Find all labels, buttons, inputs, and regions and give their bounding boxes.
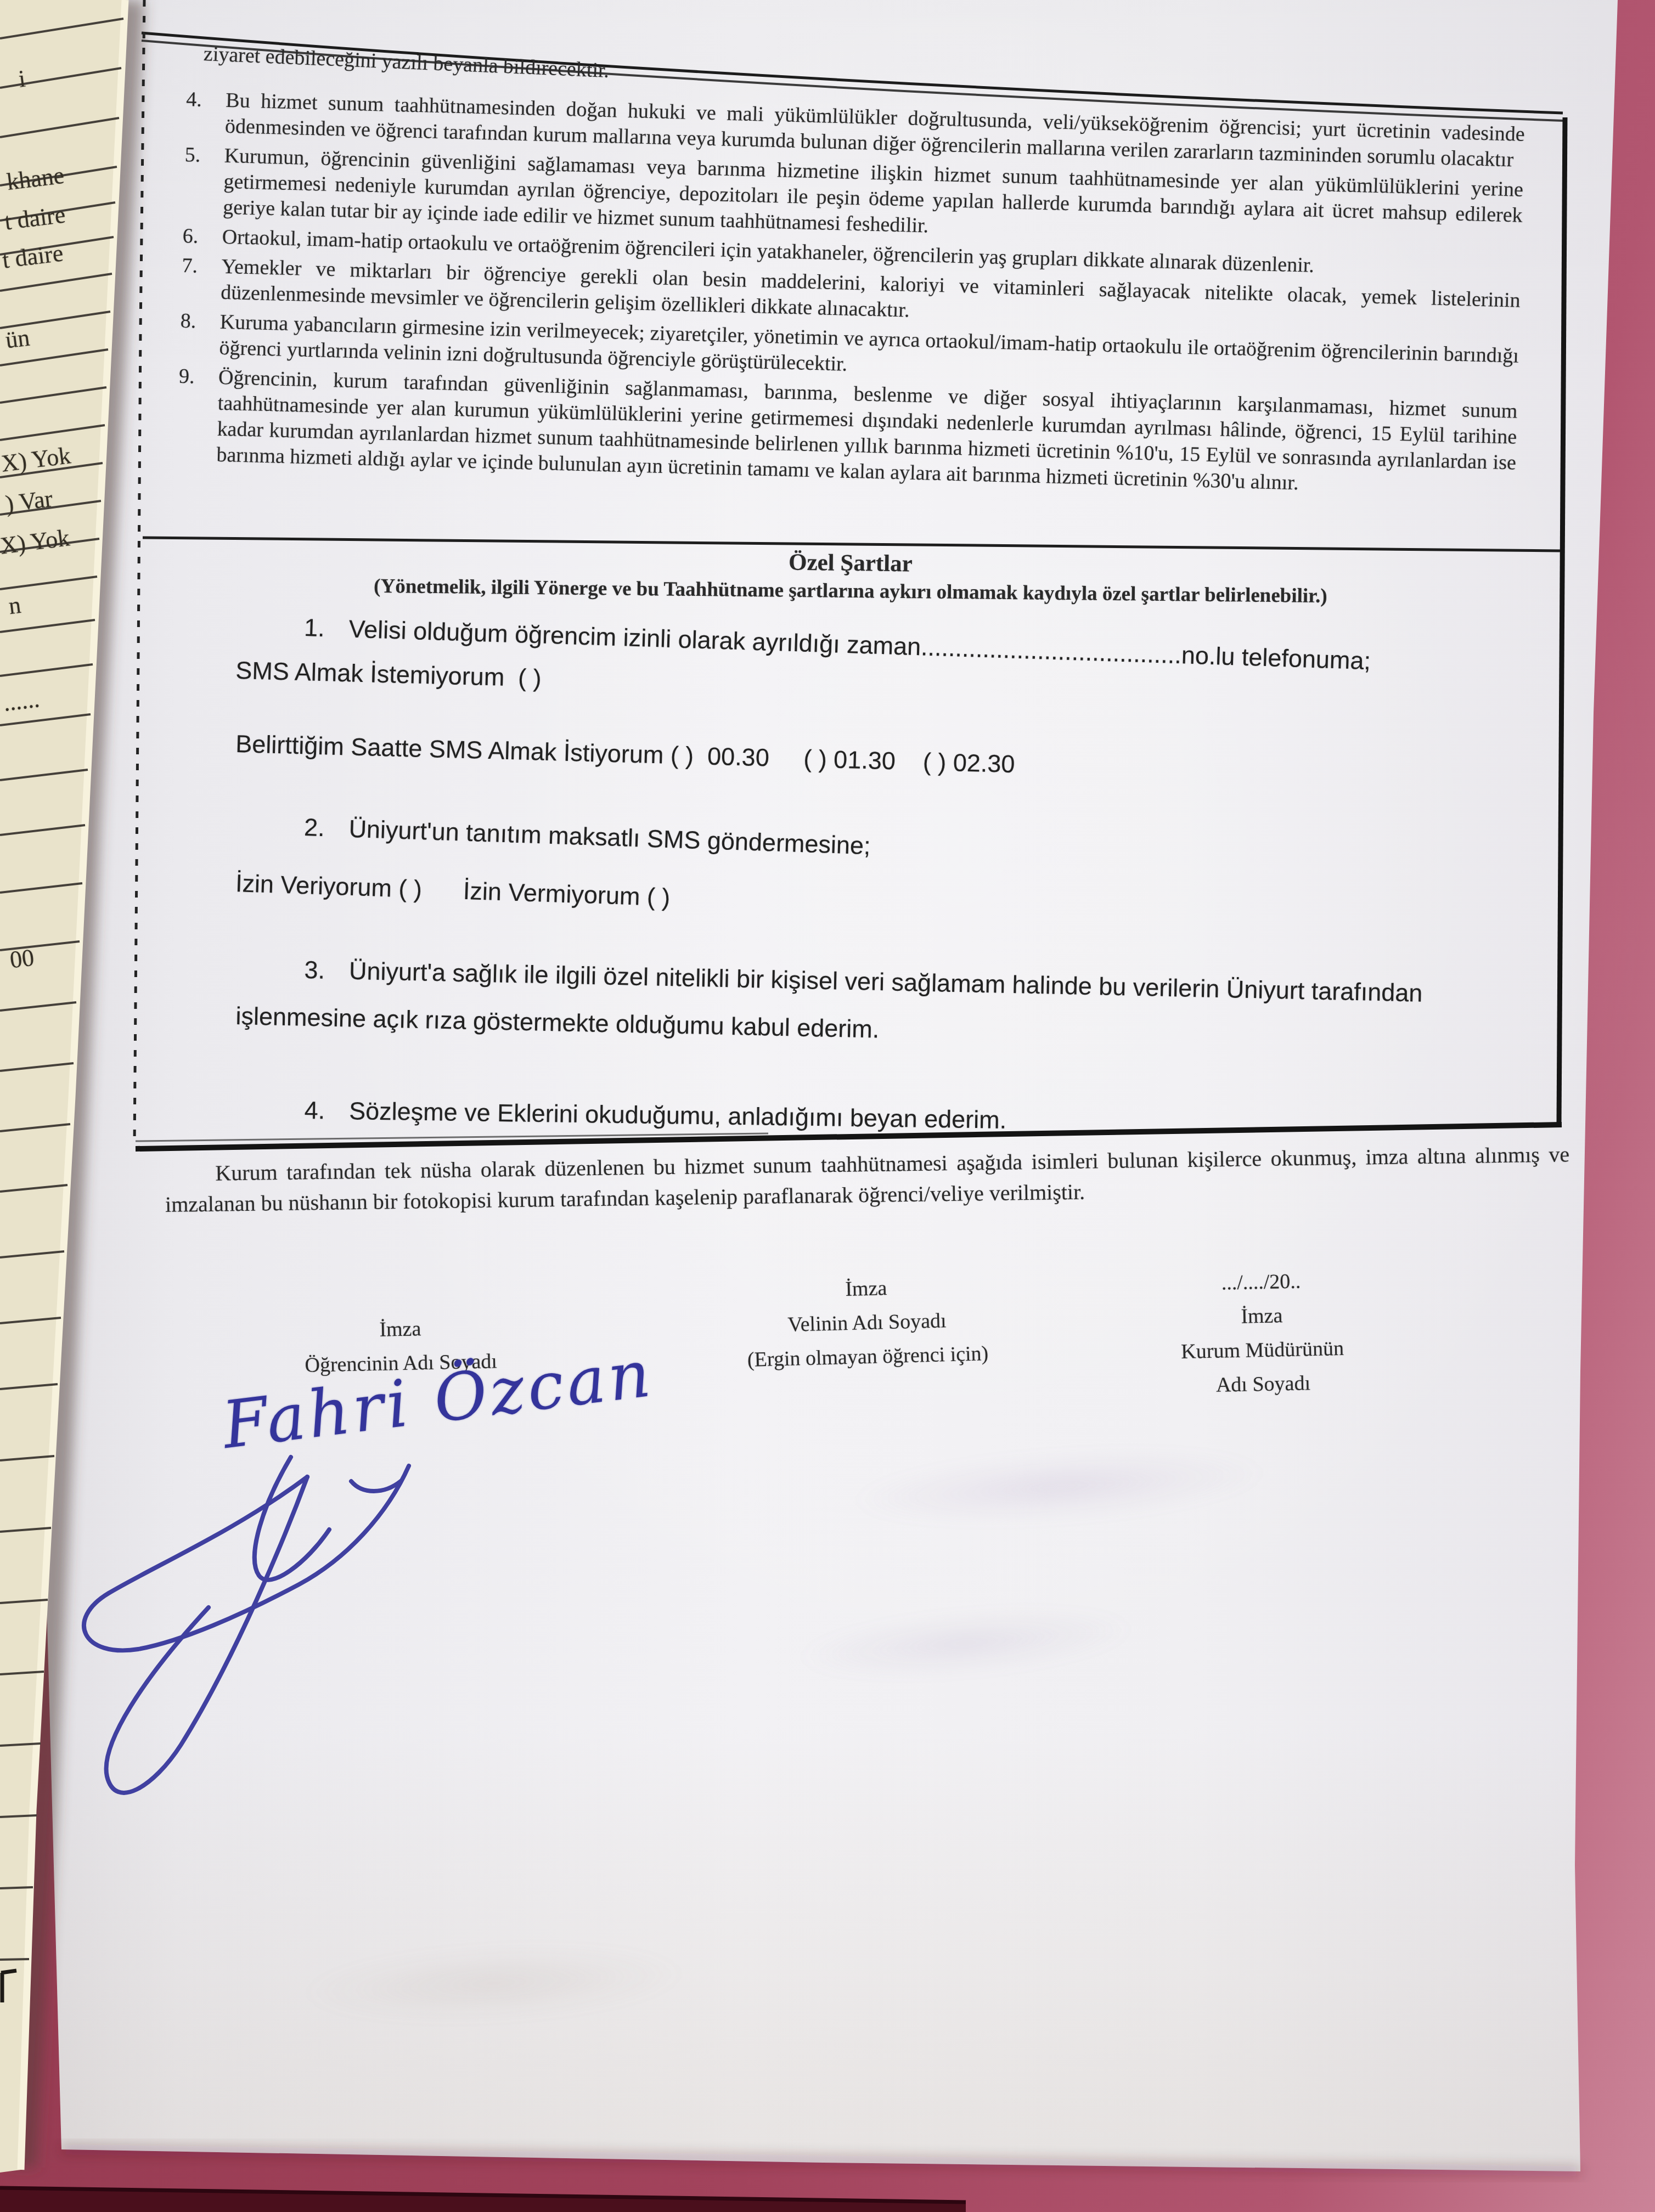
terms-list: 4. Bu hizmet sunum taahhütnamesinden doğ… <box>177 87 1525 506</box>
term-number: 8. <box>179 308 220 361</box>
signature-block-director: .../..../20.. İmza Kurum Müdürünün Adı S… <box>1085 1261 1439 1404</box>
photo-canvas: i khane t daire t daire ün X) Yok ) Var … <box>0 0 1655 2212</box>
old-page-fragment: X) Yok <box>0 441 72 477</box>
old-page-fragment: ...... <box>2 685 41 717</box>
old-page-fragment: i <box>17 64 27 93</box>
special-item-number: 4. <box>304 1096 325 1125</box>
old-page-fragment: n <box>7 591 22 620</box>
old-page-fragment: t daire <box>1 239 65 274</box>
special-item-number: 1. <box>303 613 325 642</box>
student-signature-flourish <box>84 1457 409 1793</box>
special-item-number: 2. <box>303 813 325 842</box>
old-page-fragment: ) Var <box>4 484 54 518</box>
term-number: 6. <box>182 223 222 250</box>
old-page-fragment: ün <box>4 324 31 354</box>
page-bottom-shadow <box>61 2149 1580 2171</box>
signature-block-guardian: İmza Velinin Adı Soyadı (Ergin olmayan ö… <box>663 1266 1072 1379</box>
old-page-fragment: khane <box>5 161 65 196</box>
special-item-number: 3. <box>304 956 325 985</box>
term-number: 9. <box>177 364 219 468</box>
term-number: 7. <box>181 253 222 306</box>
old-page-fragment: 00 <box>8 944 36 974</box>
old-page-fragment: t daire <box>3 200 67 235</box>
term-number: 4. <box>185 87 226 139</box>
term-number: 5. <box>183 142 225 221</box>
old-page-fragment: X) Yok <box>0 523 71 560</box>
